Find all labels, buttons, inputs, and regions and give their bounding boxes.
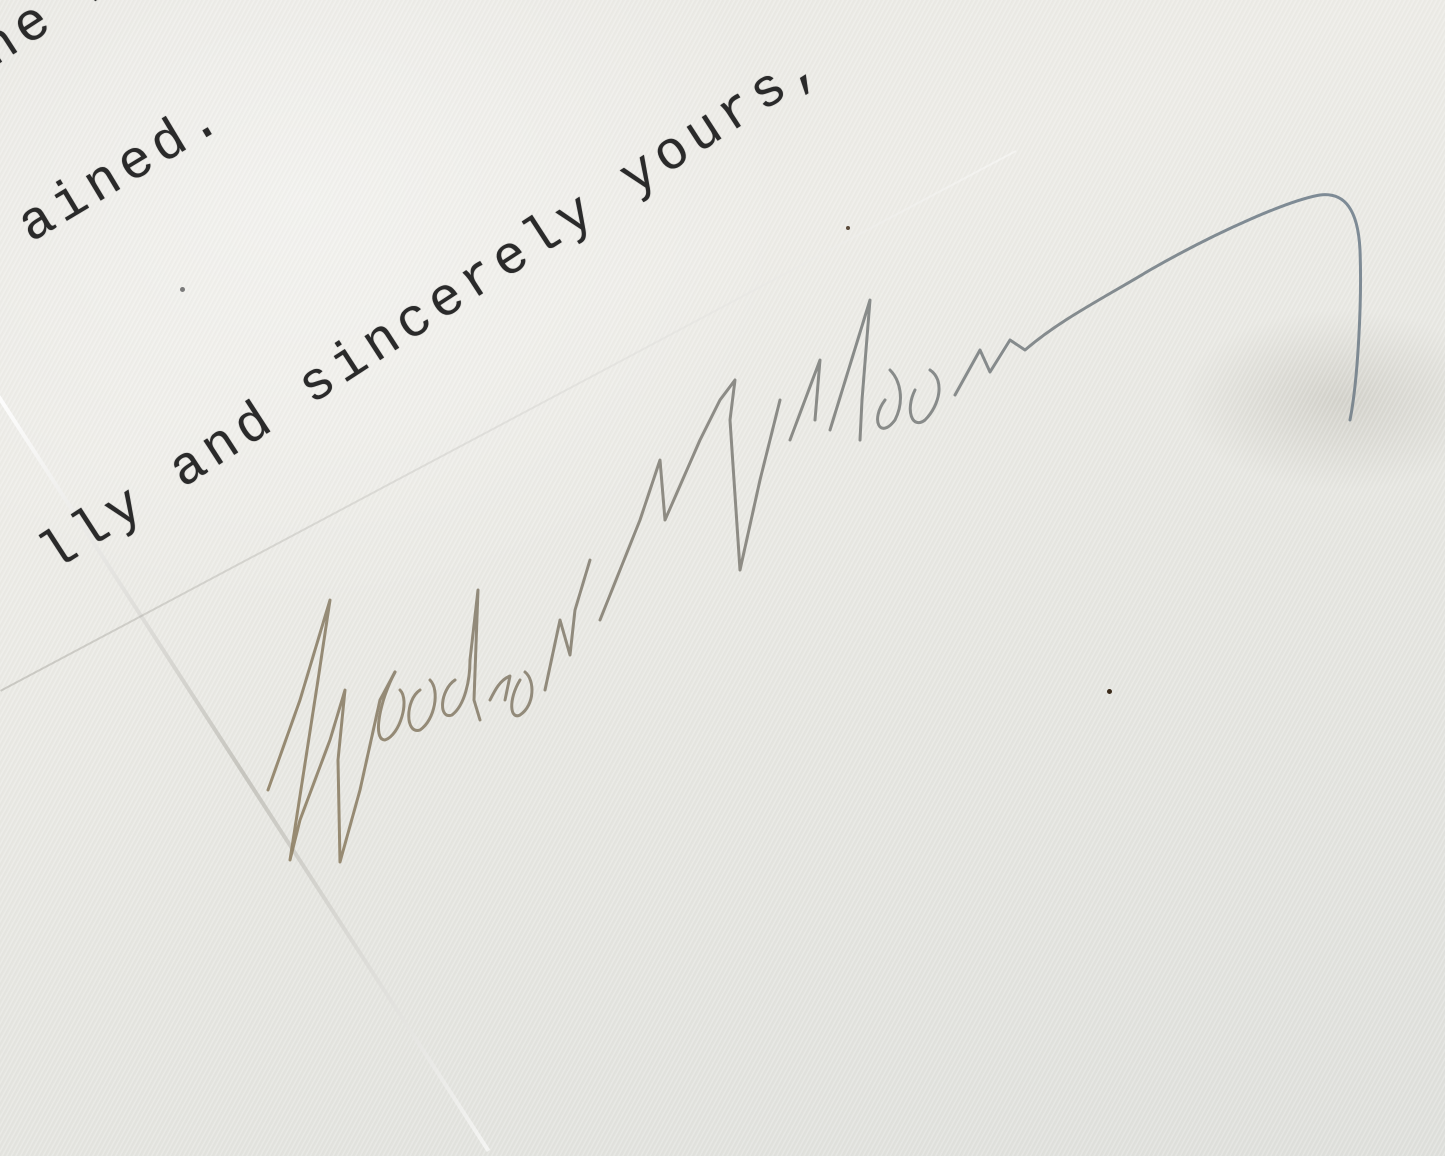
paper-speck (846, 226, 850, 230)
letter-paper (0, 0, 1445, 1156)
paper-speck (1107, 689, 1112, 694)
paper-speck (180, 287, 185, 292)
